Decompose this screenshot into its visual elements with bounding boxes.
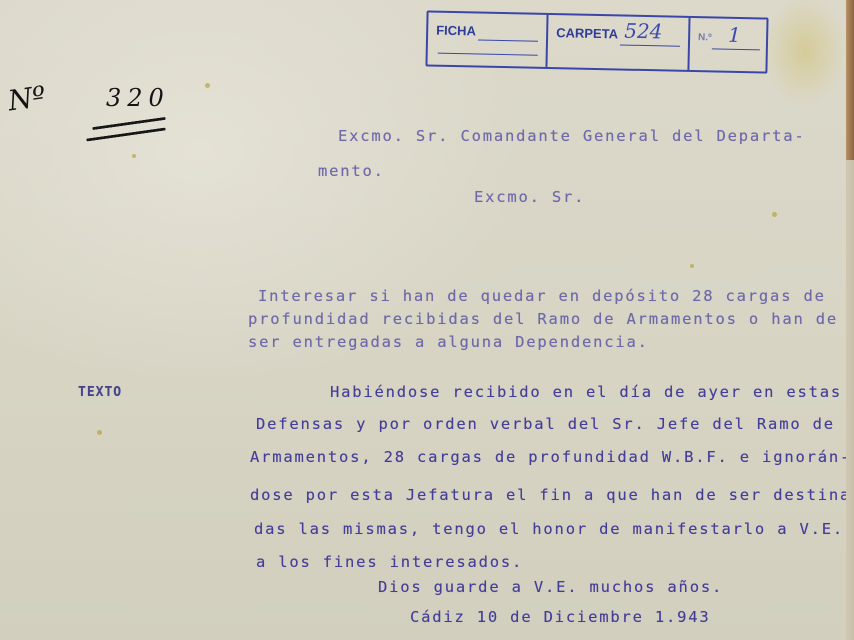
extract-line: profundidad recibidas del Ramo de Armame… [248, 310, 838, 328]
body-line: das las mismas, tengo el honor de manife… [254, 520, 844, 538]
stamp-numero-value: 1 [728, 23, 741, 47]
stamp-numero-label: N.º [698, 32, 712, 43]
stain-spot [132, 154, 136, 158]
stain-spot [690, 264, 694, 268]
addressee-line: Excmo. Sr. Comandante General del Depart… [338, 127, 806, 145]
addressee-line: mento. [318, 162, 385, 180]
stamp-carpeta-cell: CARPETA 524 [547, 15, 690, 70]
stamp-ficha-label: FICHA [436, 23, 476, 39]
body-line: dose por esta Jefatura el fin a que han … [250, 486, 854, 504]
body-line: Habiéndose recibido en el día de ayer en… [330, 383, 842, 401]
document-page: FICHA CARPETA 524 N.º 1 Nº 320 Excmo. Sr… [0, 0, 846, 640]
valediction: Dios guarde a V.E. muchos años. [378, 578, 723, 596]
stain-spot [97, 430, 102, 435]
stamp-numero-cell: N.º 1 [689, 18, 766, 72]
stamp-ficha-cell: FICHA [427, 12, 548, 67]
stamp-carpeta-value: 524 [624, 19, 663, 44]
extract-line: Interesar si han de quedar en depósito 2… [258, 287, 826, 305]
place-date: Cádiz 10 de Diciembre 1.943 [410, 608, 711, 626]
stamp-carpeta-label: CARPETA [556, 25, 618, 41]
handwritten-number: 320 [106, 84, 170, 112]
handwritten-prefix: Nº [6, 80, 48, 118]
archive-stamp: FICHA CARPETA 524 N.º 1 [425, 10, 768, 73]
stain-spot [205, 83, 210, 88]
stain-spot [772, 212, 777, 217]
body-line: a los fines interesados. [256, 553, 523, 571]
texto-label: TEXTO [78, 385, 122, 400]
extract-line: ser entregadas a alguna Dependencia. [248, 333, 649, 351]
body-line: Defensas y por orden verbal del Sr. Jefe… [256, 415, 835, 433]
salutation: Excmo. Sr. [474, 188, 585, 206]
handwritten-underline [86, 127, 166, 141]
page-edge [846, 160, 854, 640]
body-line: Armamentos, 28 cargas de profundidad W.B… [250, 448, 851, 466]
